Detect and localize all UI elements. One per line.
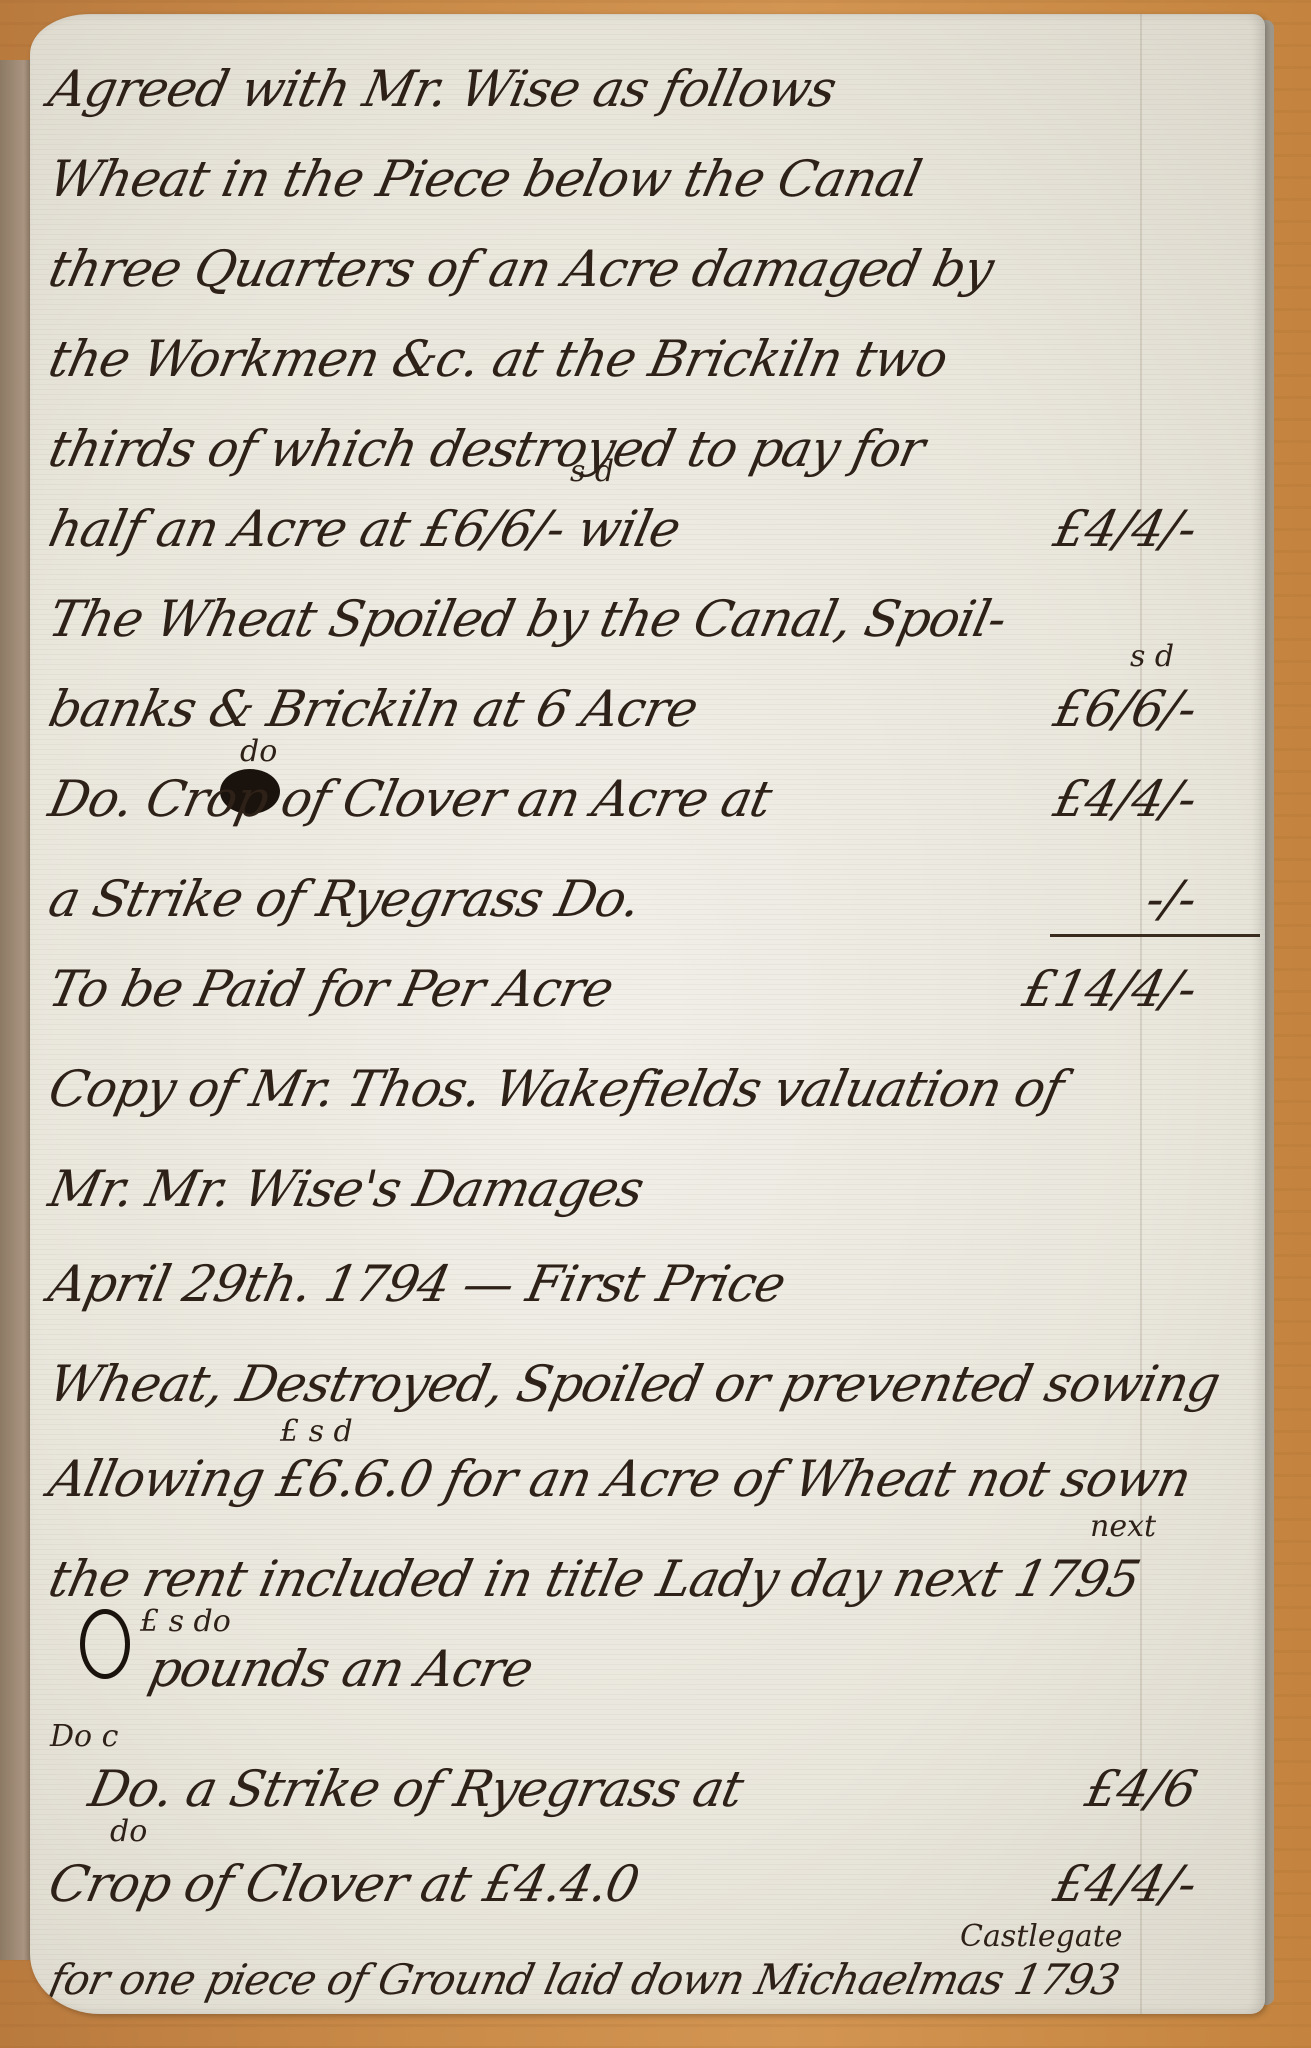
line-text: Crop of Clover at £4.4.0 — [44, 1855, 644, 1913]
line-8: banks & Brickiln at 6 Acre£6/6/- — [45, 684, 1201, 734]
superscript: Do c — [50, 1719, 118, 1754]
line-10: a Strike of Ryegrass Do.-/- — [45, 874, 1201, 924]
line-2: Wheat in the Piece below the Canal — [45, 154, 1201, 204]
superscript: do — [240, 734, 277, 769]
line-21: for one piece of Ground laid down Michae… — [46, 1959, 1200, 2001]
line-1: Agreed with Mr. Wise as follows — [45, 64, 1201, 114]
line-text: a Strike of Ryegrass Do. — [44, 870, 645, 928]
line-text: Mr. Mr. Wise's Damages — [44, 1160, 649, 1218]
superscript: s d — [1130, 639, 1174, 674]
amount: £4/4/- — [1050, 774, 1201, 824]
line-text: for one piece of Ground laid down Michae… — [45, 1955, 1123, 2004]
superscript: Castlegate — [960, 1919, 1123, 1954]
line-text: banks & Brickiln at 6 Acre — [44, 680, 703, 738]
line-14: April 29th. 1794 — First Price — [45, 1259, 1201, 1309]
line-text: April 29th. 1794 — First Price — [44, 1255, 790, 1313]
line-12: Copy of Mr. Thos. Wakefields valuation o… — [45, 1064, 1201, 1114]
line-11: To be Paid for Per Acre£14/4/- — [45, 964, 1201, 1014]
amount: £4/4/- — [1050, 1859, 1201, 1909]
line-text: The Wheat Spoiled by the Canal, Spoil- — [44, 590, 1011, 648]
line-text: Do. Crop of Clover an Acre at — [44, 770, 776, 828]
line-text: Wheat, Destroyed, Spoiled or prevented s… — [44, 1355, 1225, 1413]
manuscript-page: Agreed with Mr. Wise as follows Wheat in… — [30, 14, 1265, 2014]
superscript: next — [1090, 1509, 1156, 1544]
line-text: pounds an Acre — [144, 1640, 538, 1698]
amount: £4/4/- — [1050, 504, 1201, 554]
amount: £4/6 — [1081, 1764, 1200, 1814]
line-9: Do. Crop of Clover an Acre at£4/4/- — [45, 774, 1201, 824]
line-text: Agreed with Mr. Wise as follows — [44, 60, 841, 118]
line-text: Copy of Mr. Thos. Wakefields valuation o… — [44, 1060, 1068, 1118]
line-text: To be Paid for Per Acre — [44, 960, 618, 1018]
line-13: Mr. Mr. Wise's Damages — [45, 1164, 1201, 1214]
superscript: £ s do — [140, 1604, 231, 1639]
superscript: do — [110, 1814, 147, 1849]
line-17: the rent included in title Lady day next… — [45, 1554, 1201, 1604]
line-text: Wheat in the Piece below the Canal — [44, 150, 926, 208]
line-7: The Wheat Spoiled by the Canal, Spoil- — [45, 594, 1201, 644]
line-text: Allowing £6.6.0 for an Acre of Wheat not… — [44, 1450, 1196, 1508]
line-text: three Quarters of an Acre damaged by — [44, 240, 998, 298]
line-6: half an Acre at £6/6/- wile£4/4/- — [45, 504, 1201, 554]
line-text: thirds of which destroyed to pay for — [44, 420, 929, 478]
total-rule — [1050, 934, 1260, 937]
line-15: Wheat, Destroyed, Spoiled or prevented s… — [45, 1359, 1201, 1409]
line-5: thirds of which destroyed to pay for — [45, 424, 1201, 474]
line-text: Do. a Strike of Ryegrass at — [84, 1760, 748, 1818]
line-text: the rent included in title Lady day next… — [44, 1550, 1145, 1608]
line-4: the Workmen &c. at the Brickiln two — [45, 334, 1201, 384]
superscript: s d — [570, 454, 614, 489]
line-text: the Workmen &c. at the Brickiln two — [44, 330, 952, 388]
line-3: three Quarters of an Acre damaged by — [45, 244, 1201, 294]
amount: £14/4/- — [1019, 964, 1200, 1014]
line-text: half an Acre at £6/6/- wile — [44, 500, 685, 558]
line-18: pounds an Acre — [145, 1644, 1201, 1694]
line-19: Do. a Strike of Ryegrass at£4/6 — [85, 1764, 1201, 1814]
superscript: £ s d — [280, 1414, 353, 1449]
line-16: Allowing £6.6.0 for an Acre of Wheat not… — [45, 1454, 1201, 1504]
left-page-edge — [0, 60, 34, 1960]
ink-scribble — [80, 1609, 130, 1679]
amount: £6/6/- — [1050, 684, 1201, 734]
line-20: Crop of Clover at £4.4.0£4/4/- — [45, 1859, 1201, 1909]
